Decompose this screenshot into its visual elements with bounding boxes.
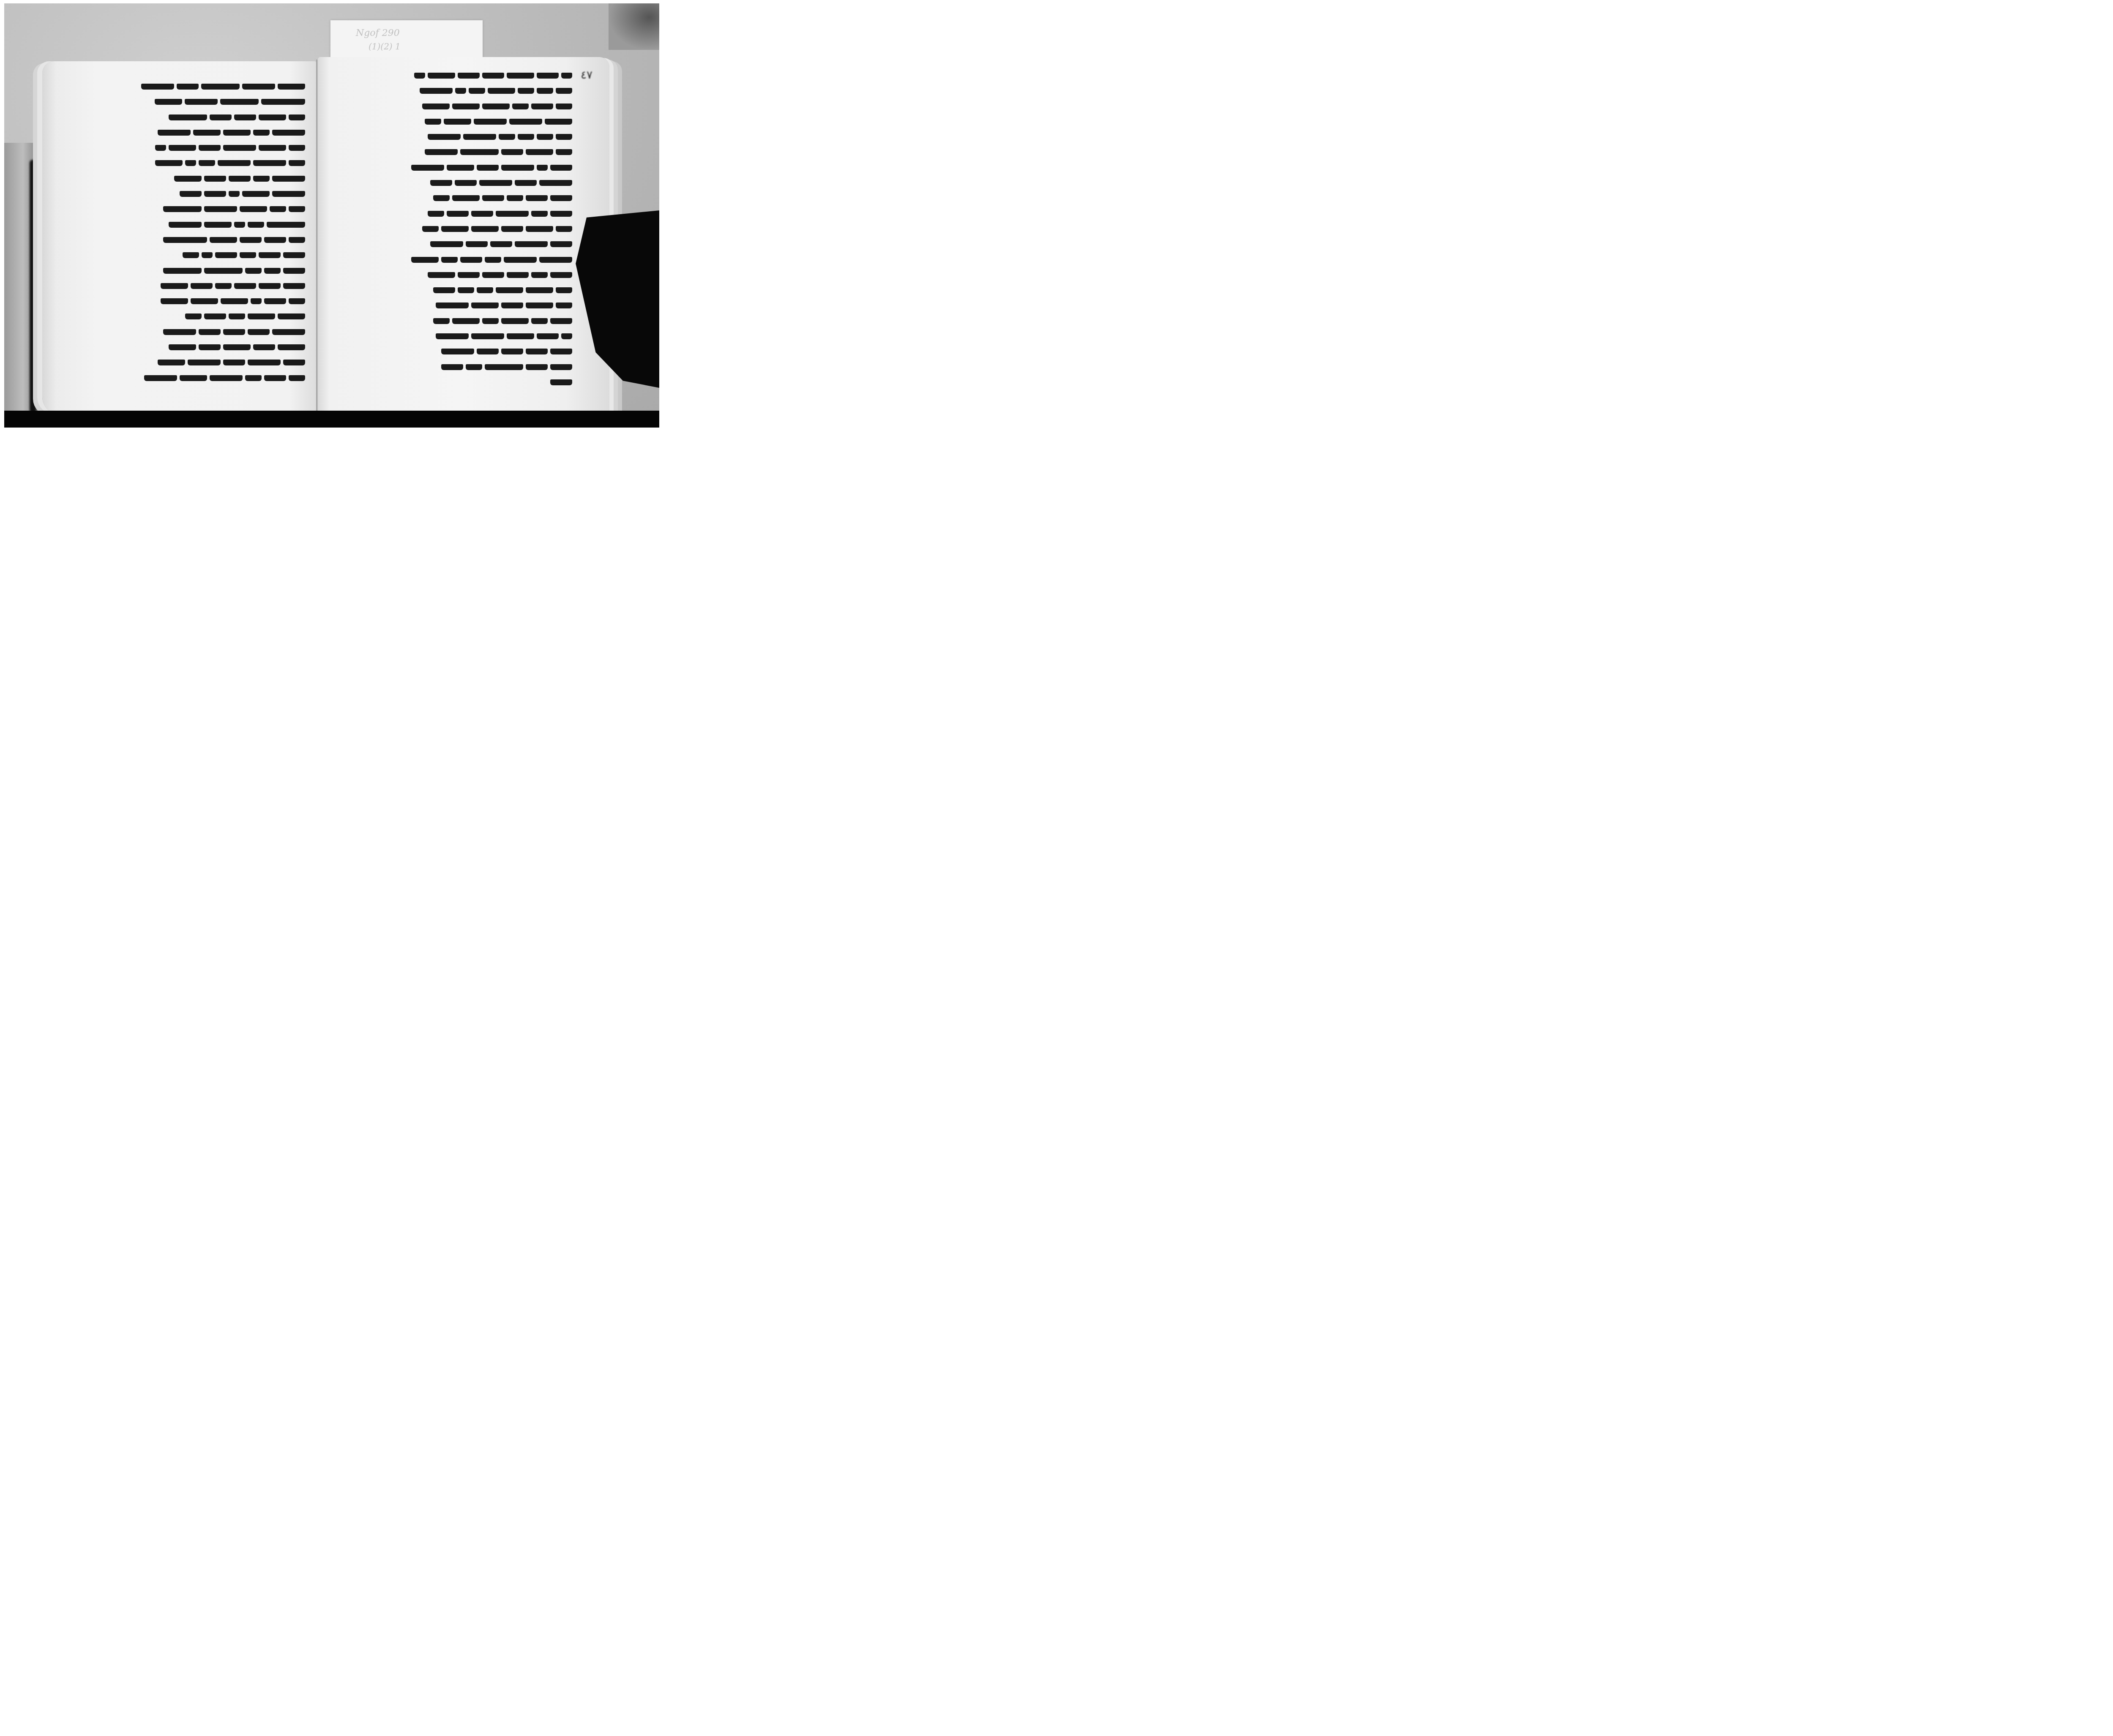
film-bottom-edge bbox=[4, 411, 659, 428]
handwritten-word bbox=[158, 130, 191, 136]
handwritten-word bbox=[452, 104, 480, 109]
handwritten-word bbox=[444, 119, 471, 125]
handwritten-word bbox=[177, 84, 199, 90]
handwritten-word bbox=[550, 211, 572, 217]
handwritten-word bbox=[289, 160, 305, 166]
handwritten-word bbox=[482, 318, 499, 324]
handwritten-word bbox=[264, 298, 286, 304]
handwritten-word bbox=[242, 84, 275, 90]
handwritten-word bbox=[447, 165, 474, 171]
handwritten-word bbox=[507, 333, 534, 339]
handwritten-word bbox=[248, 313, 275, 319]
handwritten-word bbox=[248, 360, 281, 365]
handwritten-word bbox=[507, 73, 534, 79]
handwritten-word bbox=[455, 88, 466, 94]
handwritten-word bbox=[204, 222, 232, 228]
handwritten-word bbox=[479, 180, 512, 186]
handwritten-word bbox=[270, 206, 286, 212]
right-page-text-line bbox=[343, 160, 573, 175]
handwritten-word bbox=[220, 99, 259, 105]
handwritten-word bbox=[518, 134, 534, 140]
handwritten-word bbox=[163, 268, 202, 274]
handwritten-word bbox=[161, 298, 188, 304]
handwritten-word bbox=[201, 84, 240, 90]
handwritten-word bbox=[411, 165, 444, 171]
handwritten-word bbox=[223, 130, 251, 136]
right-page-text-line bbox=[343, 221, 573, 237]
handwritten-word bbox=[441, 226, 469, 232]
handwritten-word bbox=[550, 241, 572, 247]
handwritten-word bbox=[422, 104, 450, 109]
handwritten-word bbox=[144, 375, 177, 381]
handwritten-word bbox=[199, 344, 221, 350]
handwritten-word bbox=[180, 191, 202, 197]
handwritten-word bbox=[272, 130, 305, 136]
handwritten-word bbox=[537, 88, 553, 94]
handwritten-word bbox=[526, 364, 548, 370]
right-page-text-line bbox=[343, 99, 573, 114]
handwritten-word bbox=[185, 160, 196, 166]
handwritten-word bbox=[248, 222, 264, 228]
handwritten-word bbox=[420, 88, 453, 94]
handwritten-word bbox=[466, 364, 482, 370]
handwritten-word bbox=[539, 257, 572, 263]
label-line-2: (1)(2) 1 bbox=[369, 41, 401, 52]
handwritten-word bbox=[556, 88, 572, 94]
handwritten-word bbox=[463, 134, 496, 140]
handwritten-word bbox=[550, 318, 572, 324]
handwritten-word bbox=[485, 257, 501, 263]
handwritten-word bbox=[501, 226, 523, 232]
handwritten-word bbox=[550, 272, 572, 278]
left-page-text-line bbox=[89, 171, 306, 186]
handwritten-word bbox=[509, 119, 542, 125]
left-page-text-line bbox=[89, 186, 306, 202]
handwritten-word bbox=[202, 252, 213, 258]
handwritten-word bbox=[430, 180, 452, 186]
handwritten-word bbox=[240, 206, 267, 212]
handwritten-word bbox=[223, 329, 245, 335]
handwritten-word bbox=[259, 283, 281, 289]
handwritten-word bbox=[482, 272, 504, 278]
handwritten-word bbox=[537, 134, 553, 140]
open-manuscript: ٤٧ bbox=[34, 56, 625, 415]
left-page-text-line bbox=[89, 110, 306, 125]
handwritten-word bbox=[452, 318, 480, 324]
handwritten-word bbox=[199, 160, 215, 166]
handwritten-word bbox=[204, 268, 243, 274]
handwritten-word bbox=[504, 257, 537, 263]
handwritten-word bbox=[218, 160, 251, 166]
handwritten-word bbox=[245, 375, 262, 381]
handwritten-word bbox=[253, 344, 275, 350]
left-page-text-line bbox=[89, 94, 306, 109]
handwritten-word bbox=[223, 360, 245, 365]
handwritten-word bbox=[531, 104, 553, 109]
right-page-text-line bbox=[343, 313, 573, 329]
right-page-text-line bbox=[343, 175, 573, 191]
left-page-text-line bbox=[89, 79, 306, 94]
handwritten-word bbox=[210, 237, 237, 243]
handwritten-word bbox=[556, 149, 572, 155]
right-page-text-line bbox=[343, 252, 573, 267]
handwritten-word bbox=[223, 145, 256, 151]
handwritten-word bbox=[185, 313, 202, 319]
handwritten-word bbox=[289, 206, 305, 212]
handwritten-word bbox=[428, 211, 444, 217]
left-page-text-line bbox=[89, 324, 306, 340]
handwritten-word bbox=[251, 298, 262, 304]
handwritten-word bbox=[501, 318, 529, 324]
handwritten-word bbox=[425, 119, 441, 125]
right-page-text-line bbox=[343, 344, 573, 359]
handwritten-word bbox=[253, 160, 286, 166]
handwritten-word bbox=[283, 252, 305, 258]
handwritten-word bbox=[155, 145, 166, 151]
handwritten-word bbox=[272, 329, 305, 335]
handwritten-word bbox=[283, 283, 305, 289]
handwritten-word bbox=[447, 211, 469, 217]
handwritten-word bbox=[471, 303, 499, 308]
handwritten-word bbox=[455, 180, 477, 186]
handwritten-word bbox=[471, 211, 493, 217]
handwritten-word bbox=[428, 134, 461, 140]
handwritten-word bbox=[501, 349, 523, 354]
handwritten-word bbox=[458, 272, 480, 278]
handwritten-word bbox=[185, 99, 218, 105]
handwritten-word bbox=[229, 176, 251, 182]
handwritten-word bbox=[526, 149, 553, 155]
left-page-text-line bbox=[89, 125, 306, 140]
handwritten-word bbox=[512, 104, 529, 109]
handwritten-word bbox=[477, 165, 499, 171]
handwritten-word bbox=[488, 88, 515, 94]
right-page-text-line bbox=[343, 329, 573, 344]
right-page-text-line bbox=[343, 267, 573, 283]
left-page-text-line bbox=[89, 155, 306, 171]
left-page-text-line bbox=[89, 340, 306, 355]
left-page-text-line bbox=[89, 202, 306, 217]
handwritten-word bbox=[433, 287, 455, 293]
handwritten-word bbox=[193, 130, 221, 136]
handwritten-word bbox=[248, 329, 270, 335]
handwritten-word bbox=[537, 165, 548, 171]
right-page-text-line bbox=[343, 298, 573, 313]
handwritten-word bbox=[433, 195, 450, 201]
handwritten-word bbox=[259, 252, 281, 258]
handwritten-word bbox=[430, 241, 463, 247]
handwritten-word bbox=[169, 344, 196, 350]
folio-number: ٤٧ bbox=[581, 69, 592, 82]
handwritten-word bbox=[155, 99, 182, 105]
handwritten-word bbox=[507, 272, 529, 278]
handwritten-word bbox=[261, 99, 305, 105]
handwritten-word bbox=[229, 191, 240, 197]
handwritten-word bbox=[460, 149, 499, 155]
handwritten-word bbox=[180, 375, 207, 381]
handwritten-word bbox=[210, 375, 243, 381]
handwritten-word bbox=[289, 298, 305, 304]
handwritten-word bbox=[240, 237, 262, 243]
shadow-top-right bbox=[609, 3, 659, 50]
handwritten-word bbox=[264, 237, 286, 243]
handwritten-word bbox=[501, 165, 534, 171]
handwritten-word bbox=[526, 195, 548, 201]
handwritten-word bbox=[289, 114, 305, 120]
handwritten-word bbox=[496, 287, 523, 293]
left-page-text-line bbox=[89, 263, 306, 278]
right-page-text-line bbox=[343, 206, 573, 221]
handwritten-word bbox=[289, 145, 305, 151]
handwritten-word bbox=[289, 375, 305, 381]
right-page-text-line bbox=[343, 191, 573, 206]
handwritten-word bbox=[477, 349, 499, 354]
handwritten-word bbox=[234, 222, 245, 228]
handwritten-word bbox=[561, 333, 572, 339]
handwritten-word bbox=[556, 303, 572, 308]
handwritten-word bbox=[531, 318, 548, 324]
handwritten-word bbox=[501, 149, 523, 155]
handwritten-word bbox=[199, 329, 221, 335]
handwritten-word bbox=[422, 226, 439, 232]
handwritten-word bbox=[485, 364, 523, 370]
handwritten-word bbox=[531, 211, 548, 217]
right-page-text-line bbox=[343, 129, 573, 144]
handwritten-word bbox=[436, 303, 469, 308]
handwritten-word bbox=[490, 241, 512, 247]
handwritten-word bbox=[428, 73, 455, 79]
handwritten-word bbox=[414, 73, 425, 79]
handwritten-word bbox=[272, 176, 305, 182]
handwritten-word bbox=[537, 333, 559, 339]
handwritten-word bbox=[259, 145, 286, 151]
left-page-text-line bbox=[89, 217, 306, 232]
handwritten-word bbox=[482, 195, 504, 201]
handwritten-word bbox=[441, 364, 463, 370]
handwritten-word bbox=[204, 176, 226, 182]
handwritten-word bbox=[267, 222, 305, 228]
left-page-text-line bbox=[89, 309, 306, 324]
handwritten-word bbox=[425, 149, 458, 155]
handwritten-word bbox=[278, 344, 305, 350]
handwritten-word bbox=[537, 73, 559, 79]
handwritten-word bbox=[545, 119, 572, 125]
handwritten-word bbox=[234, 114, 256, 120]
handwritten-word bbox=[556, 104, 572, 109]
left-page bbox=[42, 61, 317, 414]
right-page-text-line bbox=[343, 283, 573, 298]
right-page-text-line bbox=[343, 83, 573, 98]
left-page-text-line bbox=[89, 140, 306, 155]
right-page: ٤٧ bbox=[318, 57, 609, 414]
handwritten-word bbox=[452, 195, 480, 201]
handwritten-word bbox=[556, 134, 572, 140]
handwritten-word bbox=[169, 114, 207, 120]
handwritten-word bbox=[550, 379, 572, 385]
photograph-frame: Ngof 290 (1)(2) 1 ٤٧ bbox=[4, 3, 659, 428]
handwritten-word bbox=[501, 303, 523, 308]
handwritten-word bbox=[550, 165, 572, 171]
handwritten-word bbox=[460, 257, 482, 263]
handwritten-word bbox=[539, 180, 572, 186]
left-page-text-line bbox=[89, 248, 306, 263]
handwritten-word bbox=[499, 134, 515, 140]
handwritten-word bbox=[163, 206, 202, 212]
handwritten-word bbox=[264, 268, 281, 274]
handwritten-word bbox=[289, 237, 305, 243]
handwritten-word bbox=[253, 176, 270, 182]
handwritten-word bbox=[229, 313, 245, 319]
handwritten-word bbox=[278, 313, 305, 319]
handwritten-word bbox=[204, 206, 237, 212]
handwritten-word bbox=[477, 287, 493, 293]
handwritten-word bbox=[526, 349, 548, 354]
handwritten-word bbox=[411, 257, 439, 263]
handwritten-word bbox=[515, 180, 537, 186]
handwritten-word bbox=[210, 114, 232, 120]
handwritten-word bbox=[264, 375, 286, 381]
handwritten-word bbox=[482, 104, 510, 109]
right-page-text-line bbox=[343, 360, 573, 375]
left-page-text-line bbox=[89, 278, 306, 294]
handwritten-word bbox=[191, 283, 213, 289]
handwritten-word bbox=[469, 88, 485, 94]
handwritten-word bbox=[259, 114, 286, 120]
handwritten-word bbox=[531, 272, 548, 278]
handwritten-word bbox=[556, 226, 572, 232]
handwritten-word bbox=[204, 313, 226, 319]
handwritten-word bbox=[240, 252, 256, 258]
handwritten-word bbox=[550, 349, 572, 354]
handwritten-word bbox=[458, 287, 474, 293]
handwritten-word bbox=[169, 222, 202, 228]
left-page-text-line bbox=[89, 232, 306, 248]
handwritten-word bbox=[278, 84, 305, 90]
handwritten-word bbox=[526, 287, 553, 293]
handwritten-word bbox=[471, 333, 504, 339]
handwritten-word bbox=[272, 191, 305, 197]
handwritten-word bbox=[215, 283, 232, 289]
handwritten-word bbox=[556, 287, 572, 293]
handwritten-word bbox=[245, 268, 262, 274]
handwritten-word bbox=[161, 283, 188, 289]
right-page-text-block bbox=[343, 68, 573, 390]
handwritten-word bbox=[561, 73, 572, 79]
handwritten-word bbox=[482, 73, 504, 79]
handwritten-word bbox=[183, 252, 199, 258]
handwritten-word bbox=[191, 298, 218, 304]
handwritten-word bbox=[496, 211, 529, 217]
right-page-text-line bbox=[343, 114, 573, 129]
left-page-text-line bbox=[89, 294, 306, 309]
right-page-text-line bbox=[343, 68, 573, 83]
handwritten-word bbox=[155, 160, 183, 166]
handwritten-word bbox=[221, 298, 248, 304]
handwritten-word bbox=[215, 252, 237, 258]
handwritten-word bbox=[550, 195, 572, 201]
handwritten-word bbox=[433, 318, 450, 324]
handwritten-word bbox=[515, 241, 548, 247]
handwritten-word bbox=[428, 272, 455, 278]
handwritten-word bbox=[518, 88, 534, 94]
handwritten-word bbox=[141, 84, 174, 90]
handwritten-word bbox=[474, 119, 507, 125]
handwritten-word bbox=[242, 191, 270, 197]
handwritten-word bbox=[199, 145, 221, 151]
left-page-text-line bbox=[89, 371, 306, 386]
right-page-text-line bbox=[343, 144, 573, 160]
right-page-text-line bbox=[343, 237, 573, 252]
handwritten-word bbox=[204, 191, 226, 197]
handwritten-word bbox=[223, 344, 251, 350]
handwritten-word bbox=[163, 329, 196, 335]
handwritten-word bbox=[466, 241, 488, 247]
handwritten-word bbox=[174, 176, 202, 182]
left-page-text-line bbox=[89, 355, 306, 370]
handwritten-word bbox=[253, 130, 270, 136]
handwritten-word bbox=[436, 333, 469, 339]
handwritten-word bbox=[441, 349, 474, 354]
handwritten-word bbox=[441, 257, 458, 263]
handwritten-word bbox=[458, 73, 480, 79]
handwritten-word bbox=[550, 364, 572, 370]
handwritten-word bbox=[234, 283, 256, 289]
left-page-text-block bbox=[89, 79, 306, 386]
handwritten-word bbox=[169, 145, 196, 151]
handwritten-word bbox=[163, 237, 207, 243]
handwritten-word bbox=[526, 303, 553, 308]
label-line-1: Ngof 290 bbox=[356, 28, 400, 38]
right-page-text-line bbox=[343, 375, 573, 390]
handwritten-word bbox=[507, 195, 523, 201]
handwritten-word bbox=[158, 360, 185, 365]
handwritten-word bbox=[283, 268, 305, 274]
handwritten-word bbox=[526, 226, 553, 232]
handwritten-word bbox=[188, 360, 221, 365]
handwritten-word bbox=[283, 360, 305, 365]
handwritten-word bbox=[471, 226, 499, 232]
